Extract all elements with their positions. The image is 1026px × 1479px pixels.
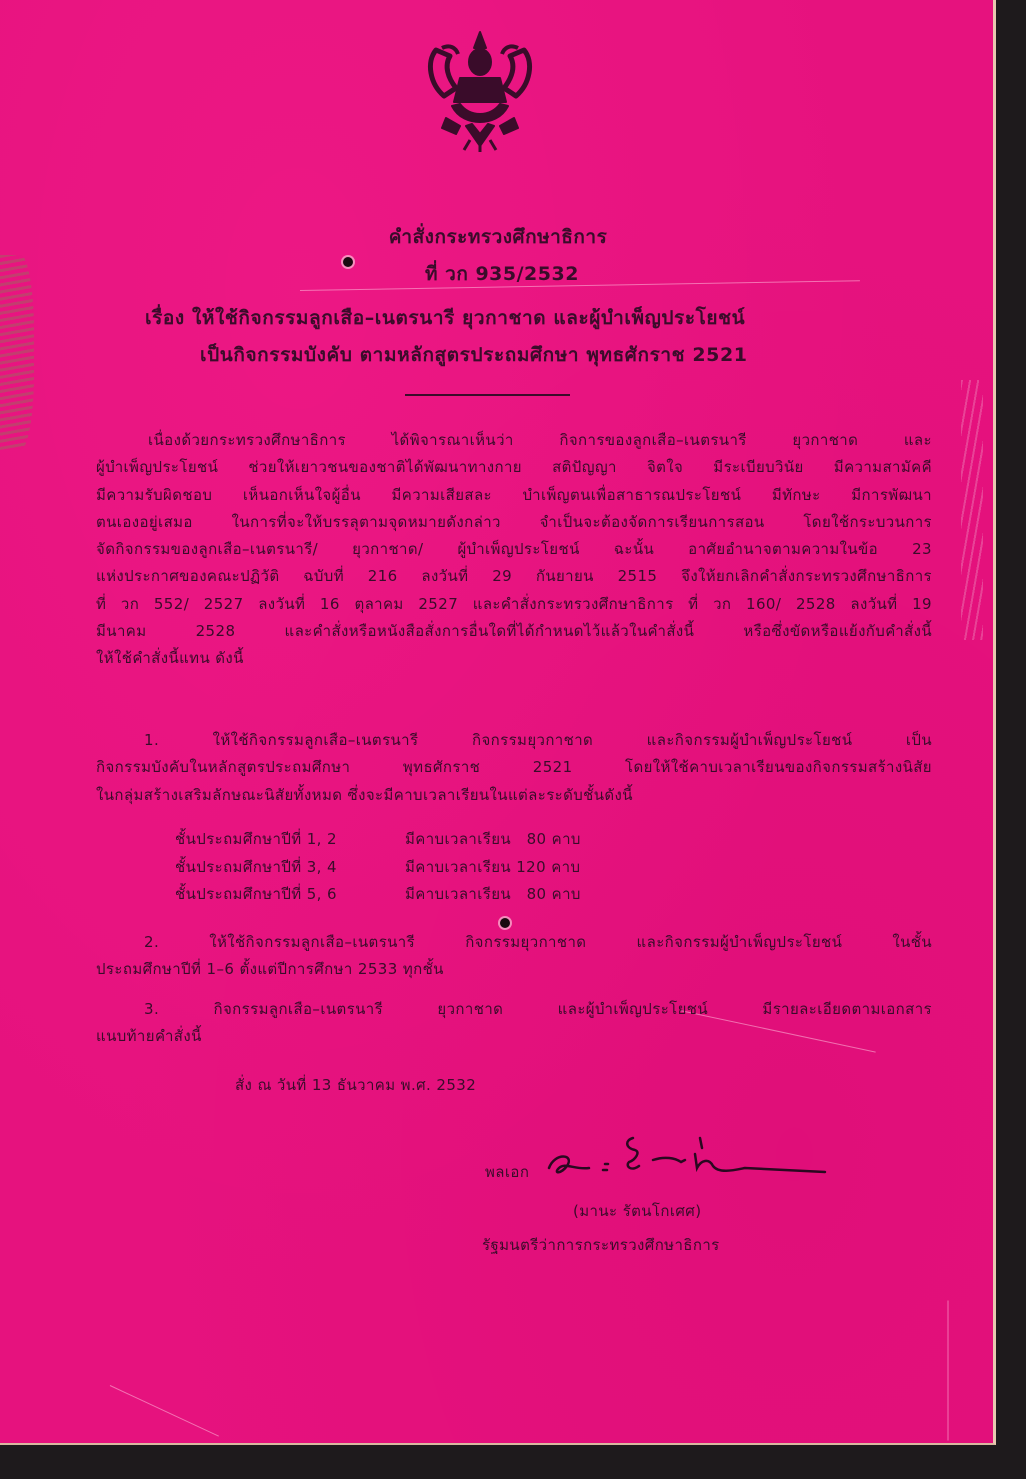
schedule-periods: 120	[516, 858, 546, 876]
item-2-line: 2. ให้ใช้กิจกรรมลูกเสือ–เนตรนารี กิจกรรม…	[96, 929, 932, 956]
item-3: 3. กิจกรรมลูกเสือ–เนตรนารี ยุวกาชาด และผ…	[96, 996, 932, 1051]
punch-hole	[500, 918, 510, 928]
schedule-row: ชั้นประถมศึกษาปีที่ 5, 6 มีคาบเวลาเรียน …	[175, 881, 605, 909]
schedule-label: มีคาบเวลาเรียน	[405, 858, 511, 876]
preamble-line: เนื่องด้วยกระทรวงศึกษาธิการ ได้พิจารณาเห…	[96, 427, 932, 454]
preamble-line: มีนาคม 2528 และคำสั่งหรือหนังสือสั่งการอ…	[96, 618, 932, 645]
preamble-line: มีความรับผิดชอบ เห็นอกเห็นใจผู้อื่น มีคว…	[96, 482, 932, 509]
preamble-line: ตนเองอยู่เสมอ ในการที่จะให้บรรลุตามจุดหม…	[96, 509, 932, 536]
schedule-unit: คาบ	[552, 885, 581, 903]
preamble-line: แห่งประกาศของคณะปฏิวัติ ฉบับที่ 216 ลงวั…	[96, 563, 932, 590]
schedule-unit: คาบ	[552, 830, 581, 848]
signer-title: รัฐมนตรีว่าการกระทรวงศึกษาธิการ	[482, 1233, 720, 1257]
schedule-label: มีคาบเวลาเรียน	[405, 830, 511, 848]
issuer-title: คำสั่งกระทรวงศึกษาธิการ	[0, 222, 996, 252]
paper-crease	[948, 1301, 949, 1441]
order-number: ที่ วก 935/2532	[0, 259, 1000, 289]
header-divider	[405, 394, 570, 396]
item-1-line: ในกลุ่มสร้างเสริมลักษณะนิสัยทั้งหมด ซึ่ง…	[96, 782, 932, 809]
item-3-line: 3. กิจกรรมลูกเสือ–เนตรนารี ยุวกาชาด และผ…	[96, 996, 932, 1023]
preamble-line: ผู้บำเพ็ญประโยชน์ ช่วยให้เยาวชนของชาติได…	[96, 454, 932, 481]
schedule-row: ชั้นประถมศึกษาปีที่ 3, 4 มีคาบเวลาเรียน …	[175, 854, 605, 882]
preamble-paragraph: เนื่องด้วยกระทรวงศึกษาธิการ ได้พิจารณาเห…	[96, 427, 932, 673]
subject-line-2: เป็นกิจกรรมบังคับ ตามหลักสูตรประถมศึกษา …	[200, 340, 748, 370]
schedule-label: มีคาบเวลาเรียน	[405, 885, 511, 903]
worn-edge-mark-right	[961, 380, 983, 640]
item-2-line: ประถมศึกษาปีที่ 1–6 ตั้งแต่ปีการศึกษา 25…	[96, 956, 932, 983]
preamble-line: จัดกิจกรรมของลูกเสือ–เนตรนารี/ ยุวกาชาด/…	[96, 536, 932, 563]
order-date: สั่ง ณ วันที่ 13 ธันวาคม พ.ศ. 2532	[235, 1073, 476, 1097]
item-2: 2. ให้ใช้กิจกรรมลูกเสือ–เนตรนารี กิจกรรม…	[96, 929, 932, 984]
preamble-line: ให้ใช้คำสั่งนี้แทน ดังนี้	[96, 645, 932, 672]
subject-line-1: เรื่อง ให้ใช้กิจกรรมลูกเสือ–เนตรนารี ยุว…	[145, 303, 745, 333]
preamble-line: ที่ วก 552/ 2527 ลงวันที่ 16 ตุลาคม 2527…	[96, 591, 932, 618]
schedule-row: ชั้นประถมศึกษาปีที่ 1, 2 มีคาบเวลาเรียน …	[175, 826, 605, 854]
item-1-line: 1. ให้ใช้กิจกรรมลูกเสือ–เนตรนารี กิจกรรม…	[96, 727, 932, 754]
schedule-periods: 80	[527, 830, 547, 848]
schedule-periods: 80	[527, 885, 547, 903]
signature-icon	[545, 1130, 835, 1190]
item-1-line: กิจกรรมบังคับในหลักสูตรประถมศึกษา พุทธศั…	[96, 754, 932, 781]
item-1: 1. ให้ใช้กิจกรรมลูกเสือ–เนตรนารี กิจกรรม…	[96, 727, 932, 809]
item-3-line: แนบท้ายคำสั่งนี้	[96, 1023, 932, 1050]
signer-rank: พลเอก	[485, 1160, 529, 1184]
signer-name: (มานะ รัตนโกเศศ)	[573, 1199, 701, 1223]
period-schedule: ชั้นประถมศึกษาปีที่ 1, 2 มีคาบเวลาเรียน …	[175, 826, 605, 909]
schedule-unit: คาบ	[551, 858, 580, 876]
garuda-emblem-icon	[416, 22, 544, 154]
document-page: คำสั่งกระทรวงศึกษาธิการ ที่ วก 935/2532 …	[0, 0, 996, 1445]
schedule-level: ชั้นประถมศึกษาปีที่ 3, 4	[175, 854, 405, 882]
paper-crease	[110, 1385, 219, 1437]
schedule-level: ชั้นประถมศึกษาปีที่ 5, 6	[175, 881, 405, 909]
schedule-level: ชั้นประถมศึกษาปีที่ 1, 2	[175, 826, 405, 854]
